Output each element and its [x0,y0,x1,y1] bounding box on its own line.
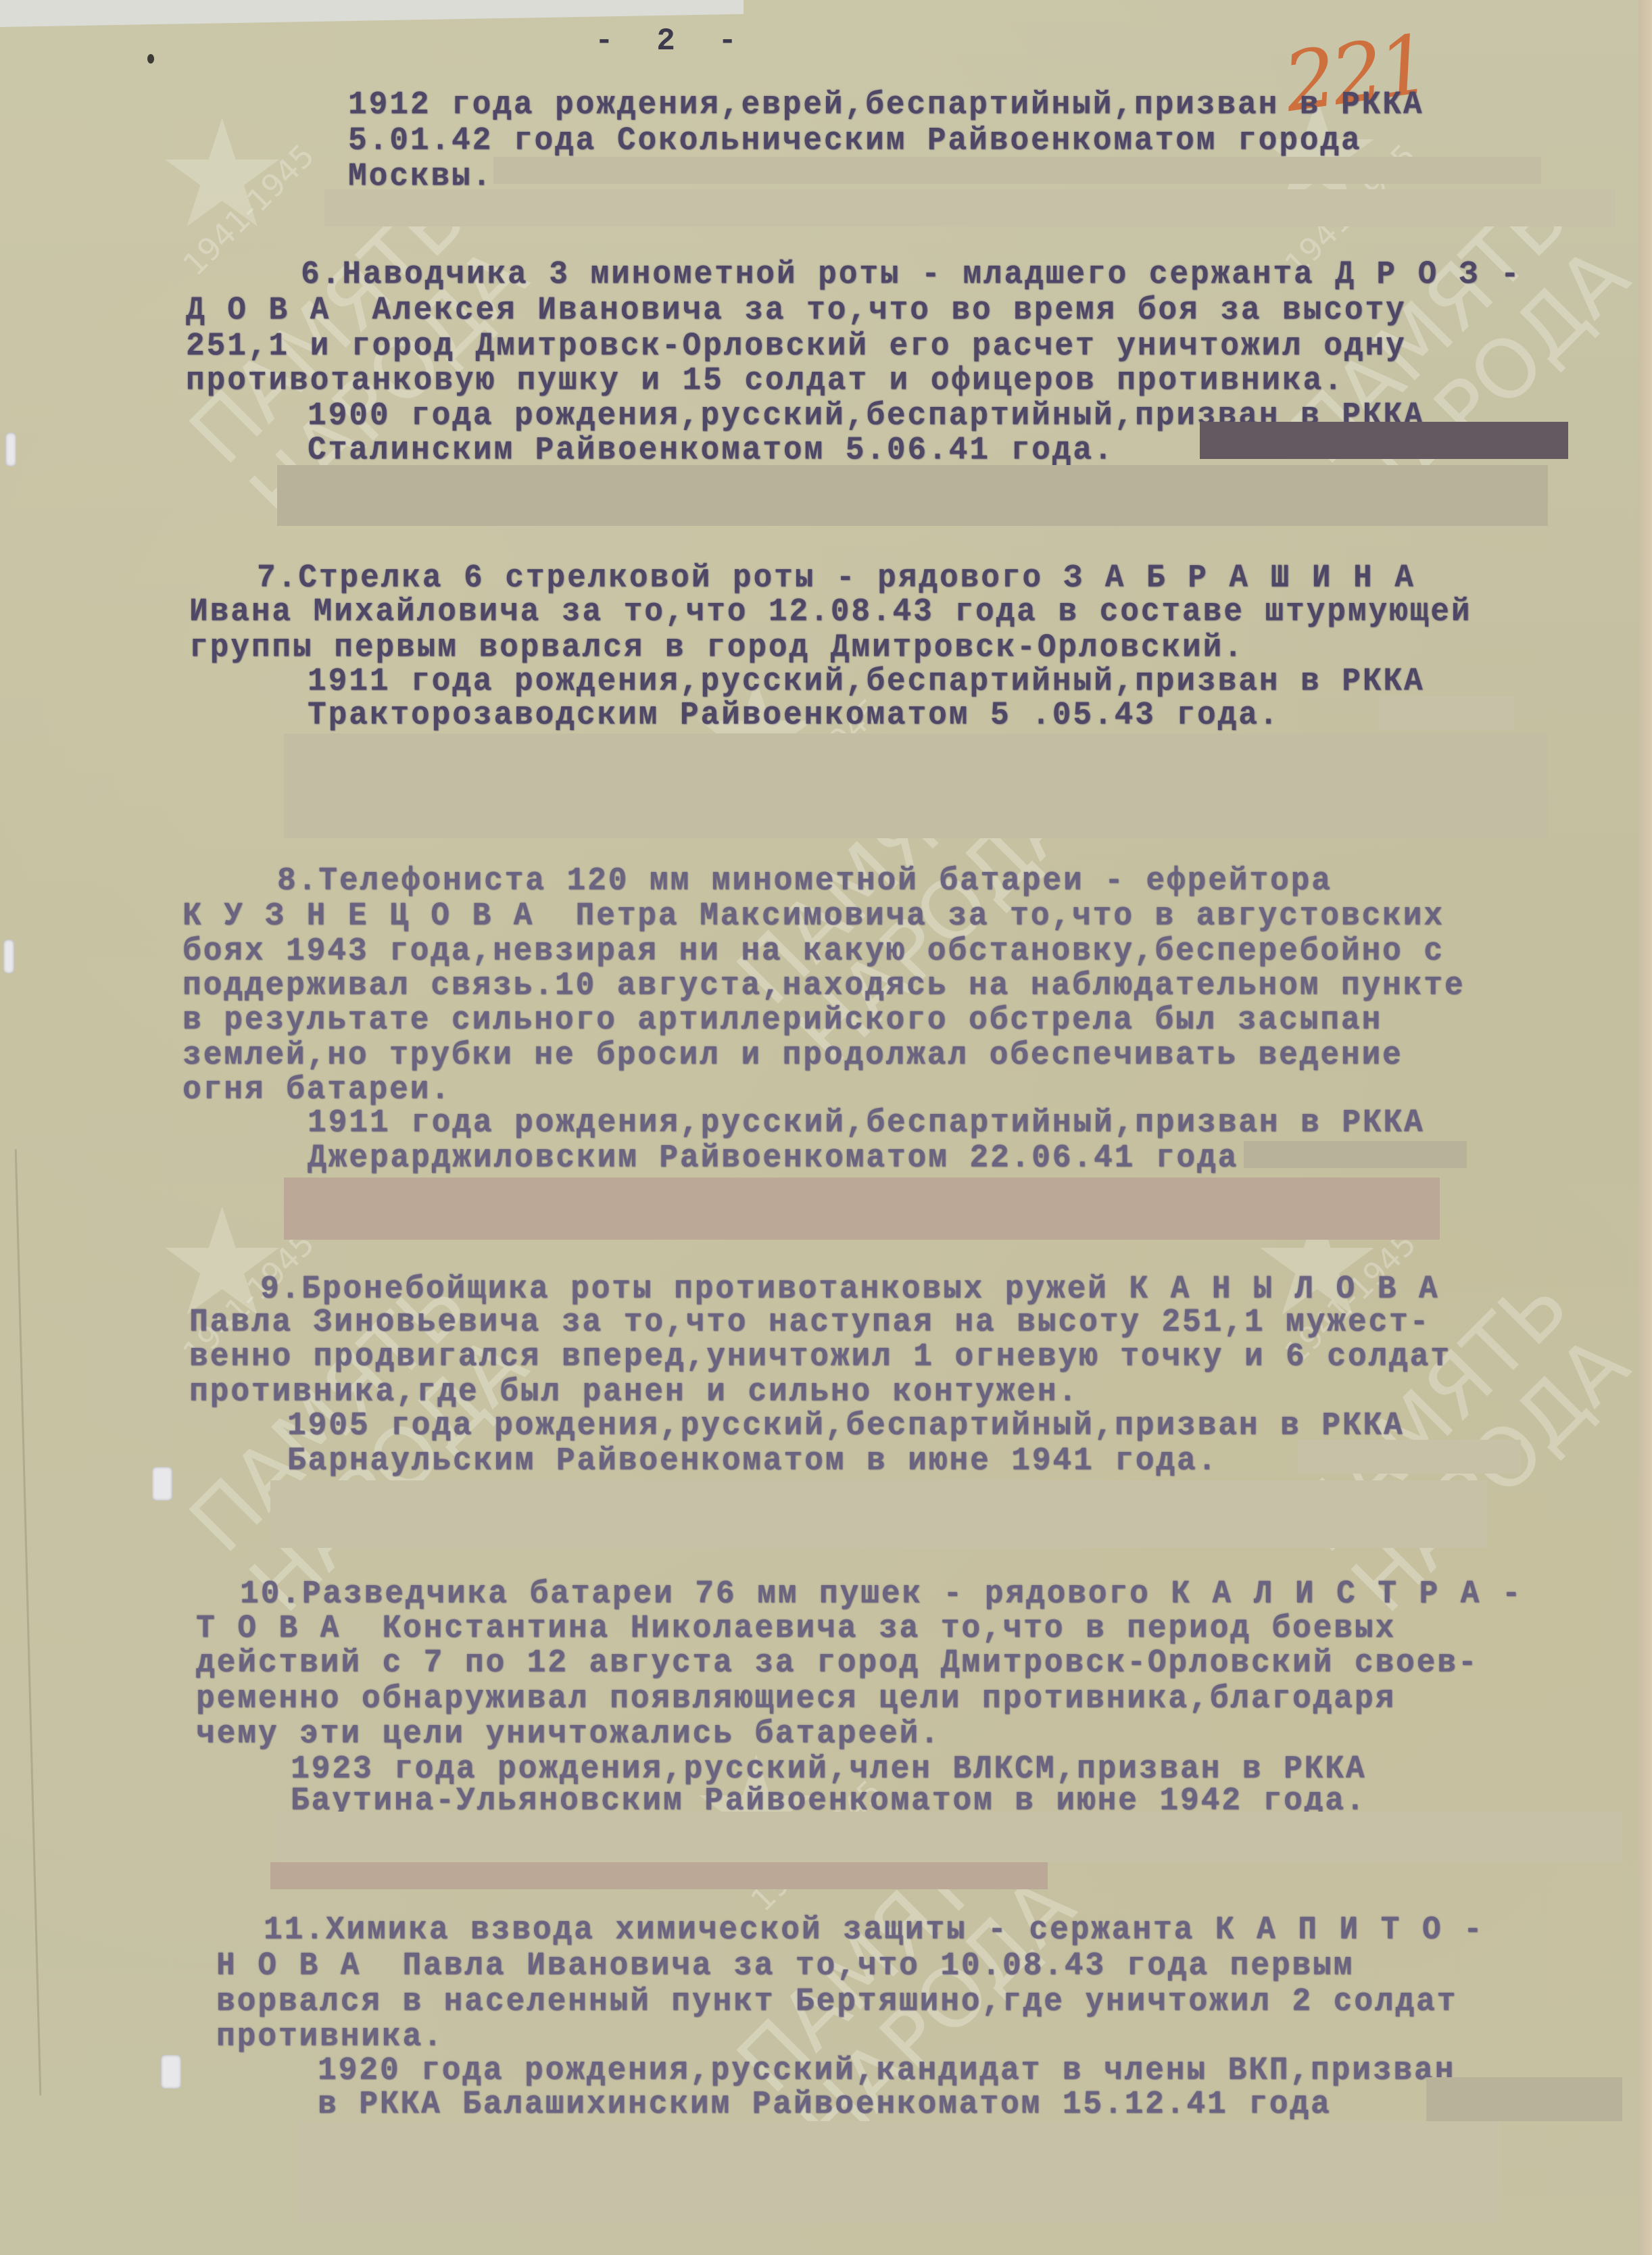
text-line: 9.Бронебойщика роты противотанковых руже… [260,1273,1439,1305]
text-line: огня батареи. [183,1073,452,1106]
text-line: боях 1943 года,невзирая ни на какую обст… [183,935,1444,967]
text-line: 5.01.42 года Сокольническим Райвоенкомат… [348,124,1362,157]
redaction-box [1379,696,1514,730]
text-line: Барнаульским Райвоенкоматом в июне 1941 … [287,1445,1218,1477]
text-line: Д О В А Алексея Ивановича за то,что во в… [186,294,1407,326]
text-line: К У З Н Е Ц О В А Петра Максимовича за т… [183,900,1444,932]
punch-hole [5,433,16,466]
punch-hole [152,1467,172,1501]
text-line: Джерарджиловским Райвоенкоматом 22.06.41… [308,1142,1259,1174]
redaction-box [1426,2077,1622,2121]
text-line: Тракторозаводским Райвоенкоматом 5 .05.4… [308,699,1280,731]
text-line: ворвался в населенный пункт Бертяшино,гд… [216,1985,1457,2018]
text-line: Н О В А Павла Ивановича за то,что 10.08.… [216,1949,1354,1982]
text-line: противотанковую пушку и 15 солдат и офиц… [186,364,1344,397]
text-line: 1905 года рождения,русский,беспартийный,… [287,1409,1405,1442]
text-line: группы первым ворвался в город Дмитровск… [189,631,1244,664]
document-page: ★ ★ ★ ★ ★ ★ ПАМЯТЬНАРОДА ПАМЯТЬНАРОДА ПА… [0,0,1652,2255]
redaction-box [1244,1141,1467,1168]
scan-edge [0,0,744,27]
redaction-box [277,465,1548,526]
text-line: венно продвигался вперед,уничтожил 1 огн… [189,1340,1451,1373]
redaction-box [493,157,1541,184]
text-line: поддерживал связь.10 августа,находясь на… [183,969,1465,1002]
text-line: 1923 года рождения,русский,член ВЛКСМ,пр… [291,1753,1366,1785]
text-line: 1912 года рождения,еврей,беспартийный,пр… [348,89,1424,121]
redaction-box [270,1862,1048,1889]
text-line: 1911 года рождения,русский,беспартийный,… [308,1107,1425,1139]
text-line: действий с 7 по 12 августа за город Дмит… [196,1647,1478,1679]
text-line: Т О В А Константина Николаевича за то,чт… [196,1612,1396,1645]
paper-edge [1638,0,1652,2255]
watermark-years: 1941-1945 [176,137,321,283]
punch-hole [161,2055,181,2089]
page-marker: - 2 - [595,24,749,59]
redaction-box [324,189,1615,226]
text-line: ременно обнаруживал появляющиеся цели пр… [196,1682,1396,1715]
text-line: 1920 года рождения,русский,кандидат в чл… [318,2054,1455,2087]
text-line: Сталинским Райвоенкоматом 5.06.41 года. [308,434,1115,466]
redaction-box [284,733,1548,838]
redaction-box [284,1178,1440,1240]
text-line: противника,где был ранен и сильно контуж… [189,1376,1079,1408]
ink-speck [147,54,154,64]
redaction-box [297,2121,1501,2223]
text-line: в результате сильного артиллерийского об… [183,1004,1382,1036]
text-line: Павла Зиновьевича за то,что наступая на … [189,1306,1430,1338]
punch-hole [3,940,14,973]
text-line: 251,1 и город Дмитровск-Орловский его ра… [186,330,1407,362]
text-line: 10.Разведчика батареи 76 мм пушек - рядо… [240,1578,1522,1610]
text-line: Ивана Михайловича за то,что 12.08.43 год… [189,596,1472,628]
watermark-star-icon: ★ [155,88,289,261]
text-line: 1911 года рождения,русский,беспартийный,… [308,665,1425,698]
text-line: Москвы. [348,160,493,193]
redaction-box [270,1480,1487,1548]
text-line: 11.Химика взвода химической защиты - сер… [264,1914,1484,1946]
redaction-box [1200,422,1568,459]
text-line: землей,но трубки не бросил и продолжал о… [183,1039,1403,1071]
text-line: чему эти цели уничтожались батареей. [196,1718,941,1750]
paper-fold [15,1149,42,2095]
text-line: 8.Телефониста 120 мм минометной батареи … [277,865,1332,897]
text-line: противника. [216,2020,444,2053]
redaction-box [277,1812,1622,1862]
text-line: 7.Стрелка 6 стрелковой роты - рядового З… [257,562,1415,594]
text-line: в РККА Балашихинским Райвоенкоматом 15.1… [318,2088,1332,2120]
redaction-box [1298,1440,1521,1474]
text-line: 6.Наводчика 3 минометной роты - младшего… [301,258,1522,291]
